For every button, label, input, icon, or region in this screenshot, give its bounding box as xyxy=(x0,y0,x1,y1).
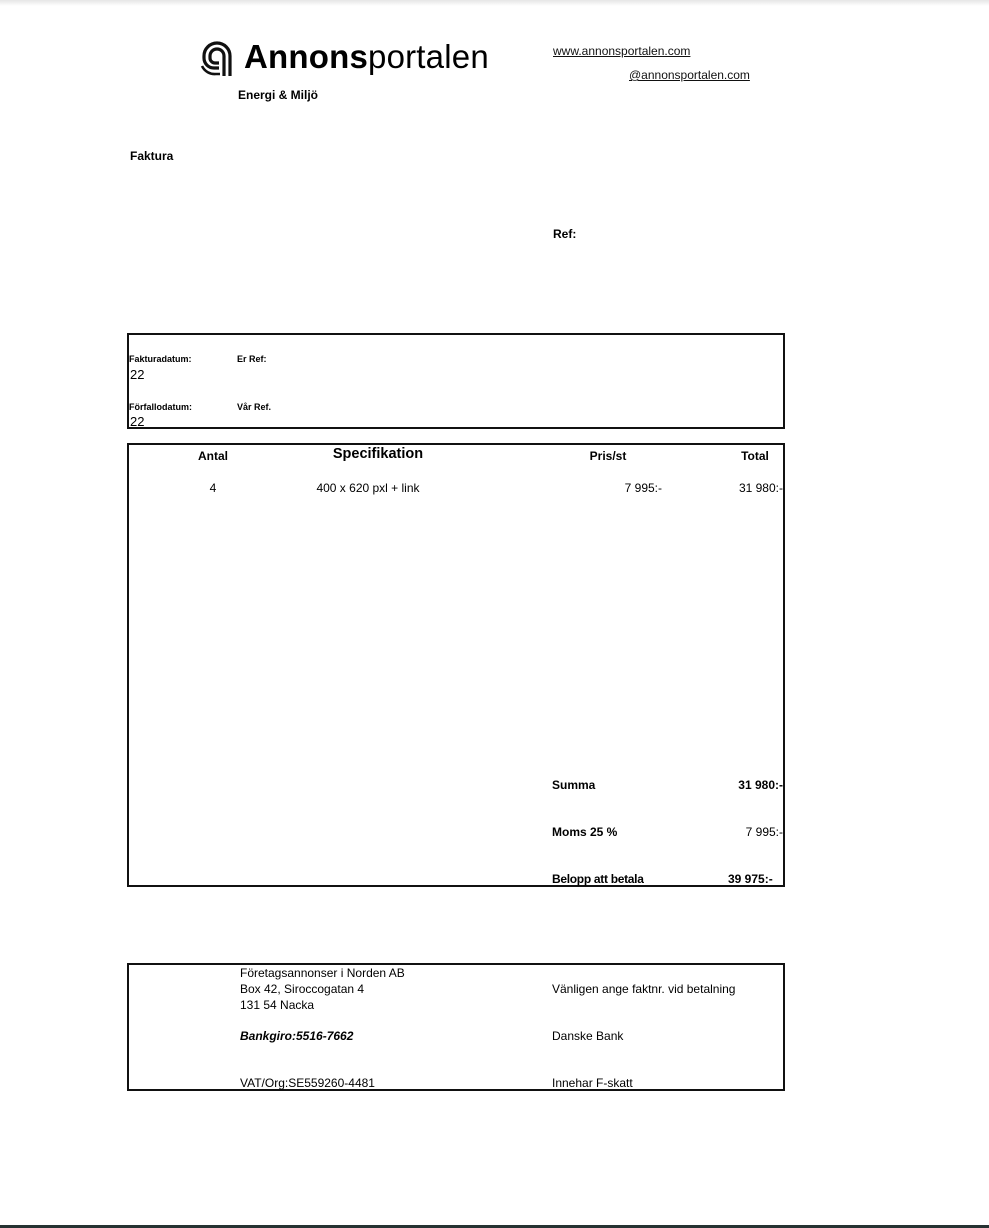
bank-name: Danske Bank xyxy=(552,1029,623,1043)
vat-label: Moms 25 % xyxy=(552,825,617,839)
invoice-date-value: 22 xyxy=(130,367,144,382)
logo-name-bold: Annons xyxy=(244,38,368,75)
items-table xyxy=(127,443,785,887)
email-link[interactable]: @annonsportalen.com xyxy=(629,68,750,82)
row-quantity: 4 xyxy=(183,481,243,495)
amount-due-label: Belopp att betala xyxy=(552,872,644,886)
amount-due-value: 39 975:- xyxy=(728,872,773,886)
column-header-unit-price: Pris/st xyxy=(578,449,638,463)
your-ref-label: Er Ref: xyxy=(237,354,267,364)
invoice-info-box xyxy=(127,333,785,429)
column-header-total: Total xyxy=(725,449,785,463)
logo-wordmark: Annonsportalen xyxy=(244,38,489,76)
website-link[interactable]: www.annonsportalen.com xyxy=(553,44,690,58)
row-total: 31 980:- xyxy=(682,481,783,495)
logo-name-regular: portalen xyxy=(368,38,489,75)
vat-value: 7 995:- xyxy=(682,825,783,839)
ref-label: Ref: xyxy=(553,227,576,241)
page-top-edge xyxy=(0,0,989,6)
row-specification: 400 x 620 pxl + link xyxy=(288,481,448,495)
row-unit-price: 7 995:- xyxy=(562,481,662,495)
logo-subtitle: Energi & Miljö xyxy=(238,88,318,102)
company-address-line1: Box 42, Siroccogatan 4 xyxy=(240,982,364,996)
our-ref-label: Vår Ref. xyxy=(237,402,271,412)
sum-value: 31 980:- xyxy=(682,778,783,792)
annonsportalen-logo-icon xyxy=(199,40,237,78)
payment-note: Vänligen ange faktnr. vid betalning xyxy=(552,982,735,996)
column-header-quantity: Antal xyxy=(183,449,243,463)
vat-org-number: VAT/Org:SE559260-4481 xyxy=(240,1076,375,1090)
document-title: Faktura xyxy=(130,149,173,163)
column-header-specification: Specifikation xyxy=(298,446,458,462)
due-date-label: Förfallodatum: xyxy=(129,402,192,412)
invoice-date-label: Fakturadatum: xyxy=(129,354,192,364)
company-address-line2: 131 54 Nacka xyxy=(240,998,314,1012)
due-date-value: 22 xyxy=(130,414,144,429)
bankgiro: Bankgiro:5516-7662 xyxy=(240,1029,353,1043)
tax-note: Innehar F-skatt xyxy=(552,1076,633,1090)
company-name: Företagsannonser i Norden AB xyxy=(240,966,405,980)
sum-label: Summa xyxy=(552,778,595,792)
